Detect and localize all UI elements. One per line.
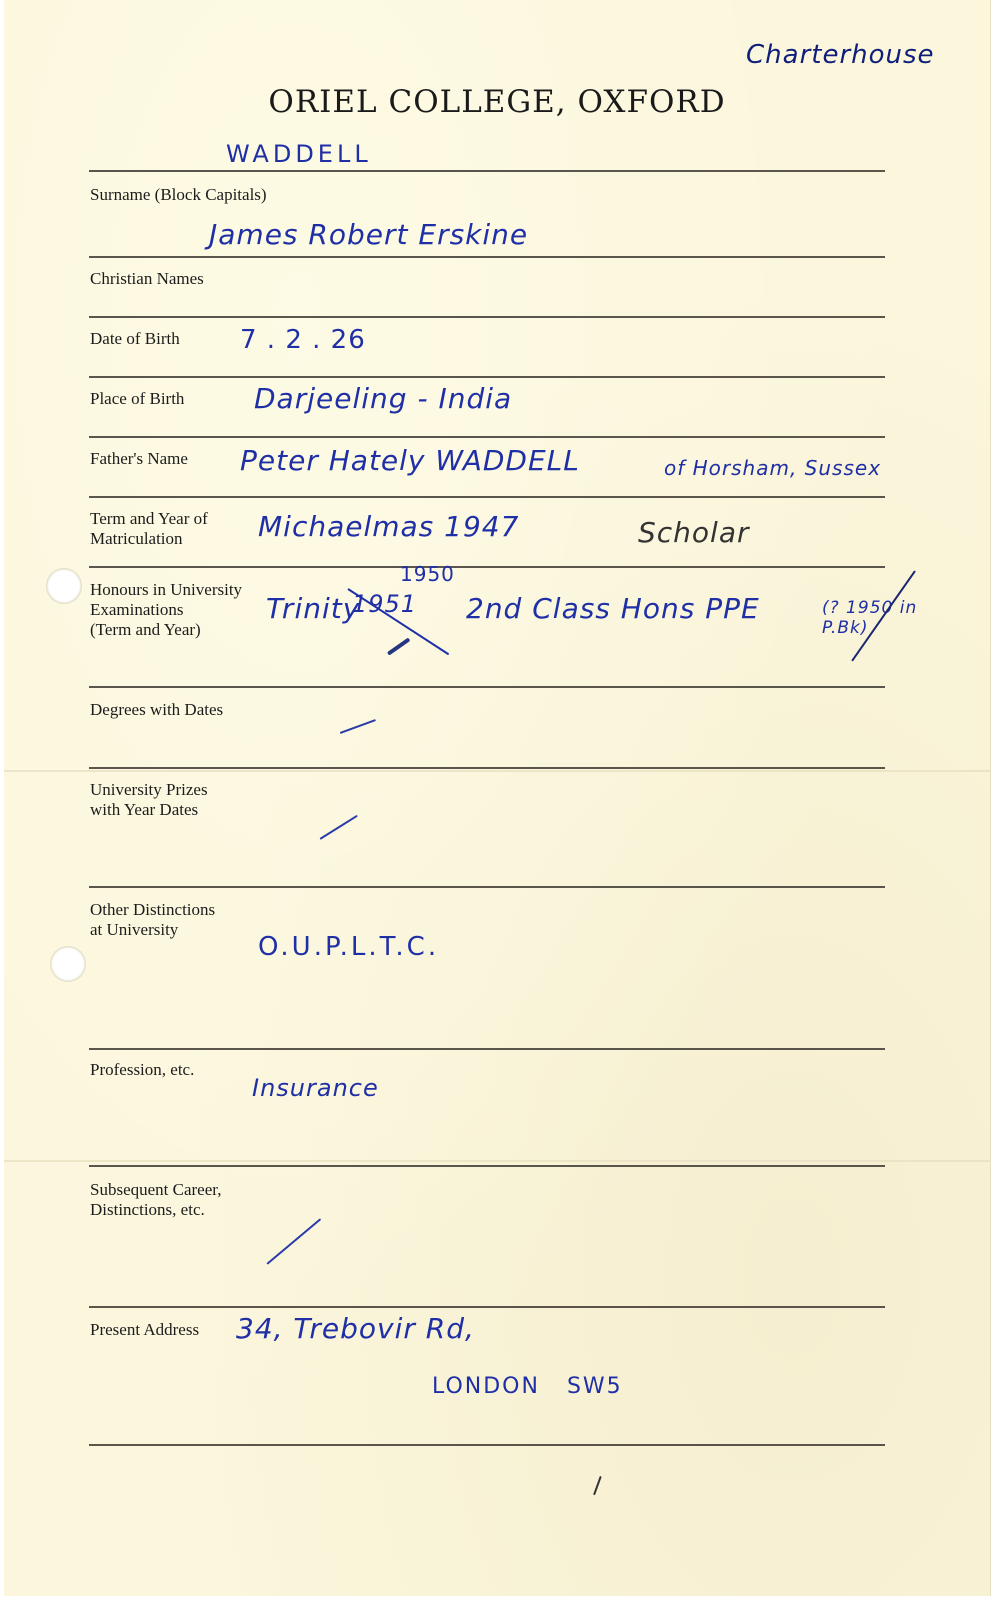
field-rule xyxy=(89,1165,885,1167)
paper-fold xyxy=(4,770,990,772)
matriculation-value: Michaelmas 1947 xyxy=(258,510,519,543)
field-rule xyxy=(89,436,885,438)
field-rule xyxy=(89,566,885,568)
present-address-label: Present Address xyxy=(90,1320,199,1340)
date-of-birth-label: Date of Birth xyxy=(90,329,180,349)
field-rule xyxy=(89,256,885,258)
other-distinctions-label: Other Distinctions at University xyxy=(90,900,215,940)
subsequent-career-label: Subsequent Career, Distinctions, etc. xyxy=(90,1180,222,1220)
field-rule xyxy=(89,767,885,769)
profession-value: Insurance xyxy=(252,1074,379,1102)
fathers-name-value: Peter Hately WADDELL xyxy=(240,444,580,477)
arrow-mark xyxy=(387,637,411,655)
other-distinctions-value: O.U.P.L.T.C. xyxy=(258,932,439,962)
date-of-birth-value: 7 . 2 . 26 xyxy=(240,325,366,355)
prizes-label: University Prizes with Year Dates xyxy=(90,780,208,820)
field-rule xyxy=(89,1306,885,1308)
fathers-residence-value: of Horsham, Sussex xyxy=(664,456,881,480)
paper-fold xyxy=(4,1160,990,1162)
field-rule xyxy=(89,376,885,378)
honours-year-correction: 1950 xyxy=(400,562,455,586)
place-of-birth-value: Darjeeling - India xyxy=(254,382,512,415)
field-rule xyxy=(89,886,885,888)
matriculation-label: Term and Year of Matriculation xyxy=(90,509,208,549)
blank-dash-mark xyxy=(319,815,357,840)
honours-label: Honours in University Examinations (Term… xyxy=(90,580,242,640)
place-of-birth-label: Place of Birth xyxy=(90,389,184,409)
annotation-school: Charterhouse xyxy=(746,40,935,70)
address-line-1: 34, Trebovir Rd, xyxy=(236,1312,475,1345)
field-rule xyxy=(89,1048,885,1050)
surname-value: WADDELL xyxy=(226,140,372,168)
field-rule xyxy=(89,686,885,688)
blank-dash-mark xyxy=(266,1218,321,1265)
scholar-note: Scholar xyxy=(638,516,750,549)
degrees-label: Degrees with Dates xyxy=(90,700,223,720)
christian-names-label: Christian Names xyxy=(90,269,204,289)
field-rule xyxy=(89,496,885,498)
field-rule xyxy=(89,170,885,172)
field-rule xyxy=(89,316,885,318)
pencil-tick-mark xyxy=(593,1476,602,1495)
punch-hole xyxy=(46,568,82,604)
form-paper: Charterhouse ORIEL COLLEGE, OXFORD WADDE… xyxy=(4,0,991,1596)
honours-result-value: 2nd Class Hons PPE xyxy=(466,592,760,625)
address-line-2: LONDON SW5 xyxy=(432,1374,623,1399)
profession-label: Profession, etc. xyxy=(90,1060,194,1080)
page-title: ORIEL COLLEGE, OXFORD xyxy=(4,84,990,120)
field-rule xyxy=(89,1444,885,1446)
christian-names-value: James Robert Erskine xyxy=(209,218,528,251)
fathers-name-label: Father's Name xyxy=(90,449,188,469)
punch-hole xyxy=(50,946,86,982)
blank-dash-mark xyxy=(340,719,376,734)
surname-label: Surname (Block Capitals) xyxy=(90,185,267,205)
honours-term-value: Trinity xyxy=(266,592,360,625)
